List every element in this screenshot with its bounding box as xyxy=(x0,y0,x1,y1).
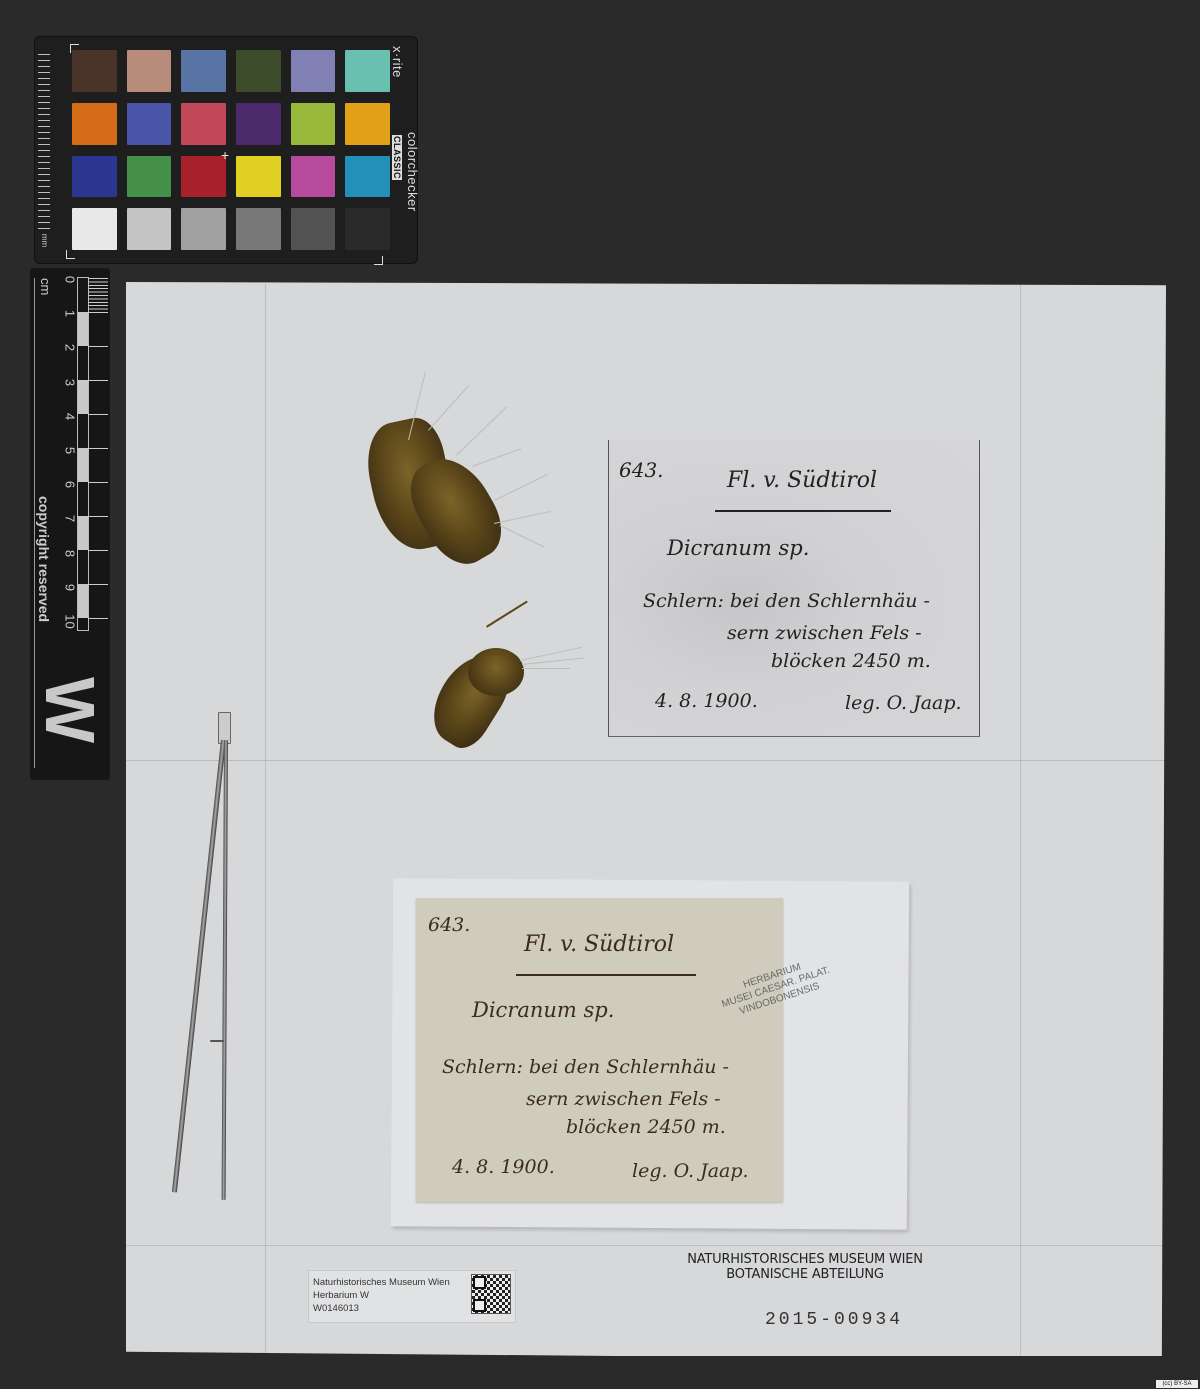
fold-line-vertical xyxy=(265,284,266,1354)
color-patch xyxy=(127,156,172,198)
ruler-number: 4 xyxy=(63,408,78,424)
ruler-number: 0 xyxy=(63,272,78,288)
color-patch xyxy=(72,208,117,250)
color-patch xyxy=(291,103,336,145)
corner-mark xyxy=(374,256,383,265)
label-number: 643. xyxy=(428,914,470,936)
label-locality-line1: Schlern: bei den Schlernhäu - xyxy=(643,590,930,612)
color-patch xyxy=(181,103,226,145)
ruler-ticks xyxy=(88,278,108,630)
color-patch xyxy=(181,208,226,250)
license-badge: (cc) BY-SA xyxy=(1156,1380,1198,1388)
ruler-number: 5 xyxy=(63,443,78,459)
museum-department-stamp: NATURHISTORISCHES MUSEUM WIEN BOTANISCHE… xyxy=(640,1252,970,1282)
original-label: 643. Fl. v. Südtirol Dicranum sp. Schler… xyxy=(416,898,783,1202)
color-patch xyxy=(127,208,172,250)
color-patch xyxy=(345,208,390,250)
ruler-fine-ticks xyxy=(88,278,108,312)
label-taxon: Dicranum sp. xyxy=(667,536,809,560)
label-heading: Fl. v. Südtirol xyxy=(524,932,674,957)
color-patch xyxy=(291,50,336,92)
ruler-number: 8 xyxy=(63,545,78,561)
ruler-number: 9 xyxy=(63,579,78,595)
herbarium-name: Herbarium W xyxy=(313,1289,450,1302)
barcode-label: Naturhistorisches Museum Wien Herbarium … xyxy=(308,1270,516,1323)
color-checker-card: mm + x·rite colorchecker CLASSIC xyxy=(34,36,418,264)
label-date: 4. 8. 1900. xyxy=(655,690,758,712)
heading-underline xyxy=(715,510,891,512)
heading-underline xyxy=(516,974,696,976)
ruler-number: 10 xyxy=(63,614,78,630)
fold-line-horizontal xyxy=(126,760,1166,761)
photocopy-label: 643. Fl. v. Südtirol Dicranum sp. Schler… xyxy=(608,440,980,737)
color-patch xyxy=(72,156,117,198)
color-patch xyxy=(236,103,281,145)
color-patch xyxy=(291,208,336,250)
ruler-number: 6 xyxy=(63,477,78,493)
color-patch xyxy=(236,156,281,198)
label-collector: leg. O. Jaap. xyxy=(845,692,962,714)
institution-name: Naturhistorisches Museum Wien xyxy=(313,1276,450,1289)
department-name: BOTANISCHE ABTEILUNG xyxy=(640,1267,970,1282)
fold-line-vertical xyxy=(1020,284,1021,1356)
mm-scale xyxy=(38,54,50,234)
qr-code-icon xyxy=(471,1274,511,1314)
ruler-number: 2 xyxy=(63,340,78,356)
color-patch-grid xyxy=(72,50,390,250)
ruler-bar xyxy=(78,278,88,630)
classic-badge: CLASSIC xyxy=(392,135,402,180)
accession-number: 2015-00934 xyxy=(744,1310,924,1330)
label-locality-line2: sern zwischen Fels - xyxy=(727,622,922,644)
ruler-number: 1 xyxy=(63,306,78,322)
color-patch xyxy=(236,208,281,250)
xrite-logo: x·rite xyxy=(390,46,405,78)
color-patch xyxy=(127,50,172,92)
moss-tuft xyxy=(468,648,524,696)
label-heading: Fl. v. Südtirol xyxy=(727,468,877,493)
color-patch xyxy=(181,50,226,92)
product-name: colorchecker xyxy=(405,132,420,212)
label-locality-line1: Schlern: bei den Schlernhäu - xyxy=(442,1056,729,1078)
ruler-number: 7 xyxy=(63,511,78,527)
label-locality-line2: sern zwischen Fels - xyxy=(526,1088,721,1110)
crosshair-icon: + xyxy=(221,148,229,162)
catalog-number: W0146013 xyxy=(313,1302,450,1315)
colorchecker-title: colorchecker CLASSIC xyxy=(390,132,420,262)
copyright-text: copyright reserved xyxy=(36,496,52,622)
color-patch xyxy=(345,50,390,92)
fold-line-horizontal xyxy=(126,1245,1166,1246)
color-patch xyxy=(291,156,336,198)
mm-unit-label: mm xyxy=(40,234,49,247)
barcode-label-text: Naturhistorisches Museum Wien Herbarium … xyxy=(313,1276,450,1315)
herbarium-w-logo: W xyxy=(28,668,112,752)
ruler-number: 3 xyxy=(63,374,78,390)
label-taxon: Dicranum sp. xyxy=(472,998,614,1022)
color-patch xyxy=(181,156,226,198)
label-number: 643. xyxy=(619,458,664,482)
color-patch xyxy=(345,103,390,145)
ruler-unit-label: cm xyxy=(38,278,53,295)
label-collector: leg. O. Jaap. xyxy=(632,1160,749,1182)
color-patch xyxy=(72,50,117,92)
label-date: 4. 8. 1900. xyxy=(452,1156,555,1178)
color-patch xyxy=(127,103,172,145)
color-patch xyxy=(236,50,281,92)
color-patch xyxy=(72,103,117,145)
forceps-pin xyxy=(210,1040,224,1042)
color-patch xyxy=(345,156,390,198)
scale-ruler: cm copyright reserved W 012345678910 xyxy=(30,268,110,780)
label-locality-line3: blöcken 2450 m. xyxy=(566,1116,726,1138)
corner-mark xyxy=(66,250,75,259)
sporophyte-seta xyxy=(522,668,570,669)
museum-name: NATURHISTORISCHES MUSEUM WIEN xyxy=(640,1252,970,1267)
checker-branding: x·rite colorchecker CLASSIC xyxy=(386,42,414,262)
label-locality-line3: blöcken 2450 m. xyxy=(771,650,931,672)
